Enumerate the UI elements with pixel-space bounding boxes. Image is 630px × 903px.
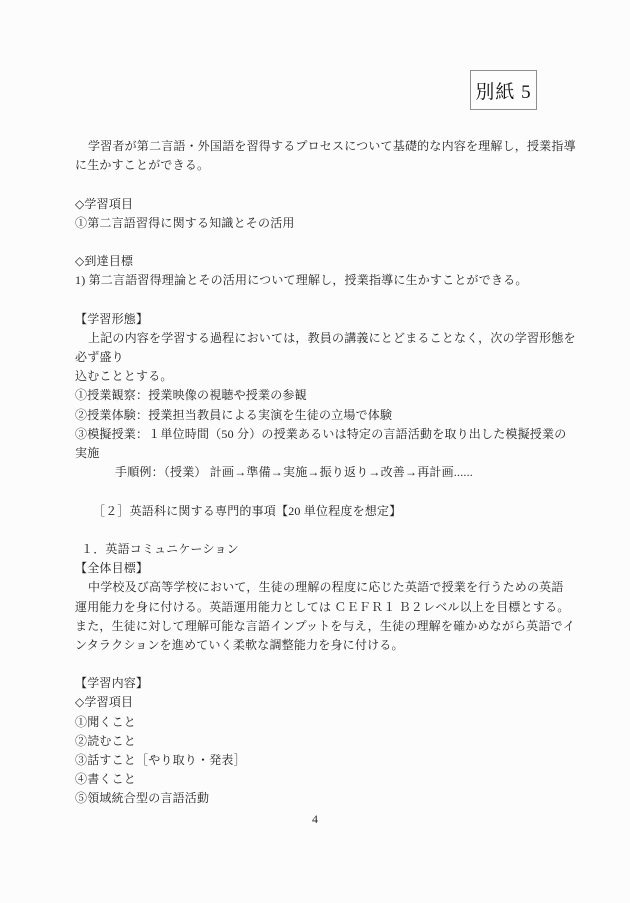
text-line: ③模擬授業：１単位時間（50 分）の授業あるいは特定の言語活動を取り出した模擬授… xyxy=(75,425,570,444)
blank-line xyxy=(75,655,570,674)
text-line: 手順例：（授業） 計画→準備→実施→振り返り→改善→再計画...... xyxy=(75,463,570,482)
text-line: ンタラクションを進めていく柔軟な調整能力を身に付ける。 xyxy=(75,636,570,655)
text-line: ①聞くこと xyxy=(75,713,570,732)
text-line: 【学習形態】 xyxy=(75,310,570,329)
text-line: 【学習内容】 xyxy=(75,674,570,693)
blank-line xyxy=(75,521,570,540)
text-line: に生かすことができる。 xyxy=(75,156,570,175)
document-page: 別紙 5 学習者が第二言語・外国語を習得するプロセスについて基礎的な内容を理解し… xyxy=(0,0,630,903)
text-line: 運用能力を身に付ける。英語運用能力としては ＣＥＦＲ１ Ｂ２レベル以上を目標とす… xyxy=(75,598,570,617)
text-line: ①第二言語習得に関する知識とその活用 xyxy=(75,214,570,233)
text-line: ◇学習項目 xyxy=(75,195,570,214)
text-line: ⑤領域統合型の言語活動 xyxy=(75,789,570,808)
text-line: 必ず盛り xyxy=(75,348,570,367)
text-line: ①授業観察：授業映像の視聴や授業の参観 xyxy=(75,386,570,405)
blank-line xyxy=(75,291,570,310)
text-line: 学習者が第二言語・外国語を習得するプロセスについて基礎的な内容を理解し，授業指導 xyxy=(75,137,570,156)
text-line: 1) 第二言語習得理論とその活用について理解し，授業指導に生かすことができる。 xyxy=(75,271,570,290)
text-line: 【全体目標】 xyxy=(75,559,570,578)
document-body: 学習者が第二言語・外国語を習得するプロセスについて基礎的な内容を理解し，授業指導… xyxy=(75,137,570,809)
text-line: ②授業体験：授業担当教員による実演を生徒の立場で体験 xyxy=(75,406,570,425)
text-line: ③話すこと［やり取り・発表］ xyxy=(75,751,570,770)
blank-line xyxy=(75,233,570,252)
text-line: ◇学習項目 xyxy=(75,693,570,712)
text-line: ②読むこと xyxy=(75,732,570,751)
blank-line xyxy=(75,482,570,501)
text-line: ◇到達目標 xyxy=(75,252,570,271)
text-line: ④書くこと xyxy=(75,770,570,789)
text-line: 中学校及び高等学校において，生徒の理解の程度に応じた英語で授業を行うための英語 xyxy=(75,578,570,597)
section-heading: ［２］英語科に関する専門的事項【20 単位程度を想定】 xyxy=(75,502,570,521)
page-number: 4 xyxy=(0,810,630,828)
blank-line xyxy=(75,175,570,194)
text-line: また，生徒に対して理解可能な言語インプットを与え，生徒の理解を確かめながら英語で… xyxy=(75,617,570,636)
text-line: 実施 xyxy=(75,444,570,463)
subsection-heading: １．英語コミュニケーション xyxy=(75,540,570,559)
attachment-label-box: 別紙 5 xyxy=(470,70,537,110)
text-line: 込むこととする。 xyxy=(75,367,570,386)
text-line: 上記の内容を学習する過程においては，教員の講義にとどまることなく，次の学習形態を xyxy=(75,329,570,348)
